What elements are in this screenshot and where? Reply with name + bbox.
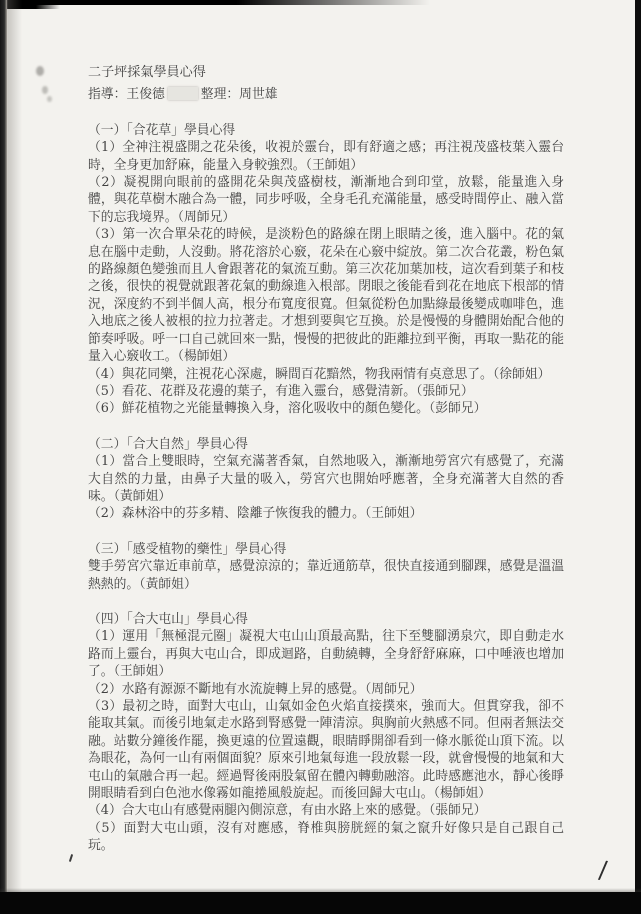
editor-credit: 整理：周世雄	[201, 87, 278, 102]
handwritten-page-number: /	[597, 856, 608, 885]
scan-edge-left-shade	[8, 0, 22, 914]
scan-edge-top	[0, 0, 430, 5]
section-flowers: （一）「合花草」學員心得 （1）全神注視盛開之花朵後，收視於靈台，即有舒適之感；…	[88, 122, 564, 418]
testimonial-paragraph: （4）與花同樂，注視花心深處，瞬間百花黯然，物我兩情有奌意思了。（徐師姐）	[88, 366, 564, 383]
scanned-page: 二子坪採氣學員心得 指導：王俊德整理：周世雄 （一）「合花草」學員心得 （1）全…	[0, 0, 641, 914]
testimonial-paragraph: （1）當合上雙眼時，空氣充滿著香氣，自然地吸入，漸漸地勞宮穴有感覺了，充滿大自然…	[88, 453, 564, 505]
instructor-credit: 指導：王俊德	[88, 87, 165, 102]
scan-smudge	[42, 86, 48, 94]
section-herb-properties: （三）「感受植物的藥性」學員心得 雙手勞宮穴靠近車前草，感覺涼涼的；靠近通筋草，…	[88, 541, 564, 593]
section-heading: （一）「合花草」學員心得	[88, 122, 564, 139]
testimonial-paragraph: 雙手勞宮穴靠近車前草，感覺涼涼的；靠近通筋草，很快直接通到腳踝，感覺是溫溫熱熱的…	[88, 558, 564, 593]
testimonial-paragraph: （2）水路有源源不斷地有水流旋轉上昇的感覺。（周師兄）	[88, 681, 564, 698]
scan-edge-left	[0, 0, 8, 914]
scan-edge-right	[635, 0, 641, 914]
section-datun-mountain: （四）「合大屯山」學員心得 （1）運用「無極混元圈」凝視大屯山山頂最高點，往下至…	[88, 611, 564, 855]
section-heading: （二）「合大自然」學員心得	[88, 436, 564, 453]
testimonial-paragraph: （5）面對大屯山頭，沒有对應感，脊椎與膀胱經的氣之竄升好像只是自己跟自己玩。	[88, 820, 564, 855]
testimonial-paragraph: （1）運用「無極混元圈」凝視大屯山山頂最高點，往下至雙腳湧泉穴，即自動走水路而上…	[88, 628, 564, 680]
testimonial-paragraph: （5）看花、花群及花邊的葉子，有進入靈台，感覺清新。（張師兄）	[88, 383, 564, 400]
stray-pen-mark	[69, 854, 73, 862]
scan-smudge	[168, 87, 198, 100]
document-title: 二子坪採氣學員心得	[88, 64, 564, 81]
section-nature: （二）「合大自然」學員心得 （1）當合上雙眼時，空氣充滿著香氣，自然地吸入，漸漸…	[88, 436, 564, 523]
section-heading: （三）「感受植物的藥性」學員心得	[88, 541, 564, 558]
scan-smudge	[36, 66, 44, 76]
document-body: 二子坪採氣學員心得 指導：王俊德整理：周世雄 （一）「合花草」學員心得 （1）全…	[88, 64, 564, 855]
scan-edge-bottom	[0, 892, 641, 914]
testimonial-paragraph: （4）合大屯山有感覺兩腿內側涼意，有由水路上來的感覺。（張師兄）	[88, 802, 564, 819]
scan-smudge	[47, 96, 52, 102]
testimonial-paragraph: （2）凝視開向眼前的盛開花朵與茂盛樹枝，漸漸地合到印堂，放鬆，能量進入身體，與花…	[88, 174, 564, 226]
testimonial-paragraph: （6）鮮花植物之光能量轉換入身，溶化吸收中的顏色變化。（彭師兄）	[88, 400, 564, 417]
testimonial-paragraph: （3）最初之時，面對大屯山，山氣如金色火焰直接撲來，強而大。但貫穿我，卻不能取其…	[88, 698, 564, 802]
testimonial-paragraph: （1）全神注視盛開之花朵後，收視於靈台，即有舒適之感；再注視茂盛枝葉入靈台時，全…	[88, 139, 564, 174]
credits-line: 指導：王俊德整理：周世雄	[88, 86, 564, 103]
section-heading: （四）「合大屯山」學員心得	[88, 611, 564, 628]
testimonial-paragraph: （2）森林浴中的芬多精、陰離子恢復我的體力。（王師姐）	[88, 505, 564, 522]
testimonial-paragraph: （3）第一次合單朵花的時候，是淡粉色的路線在閉上眼睛之後，進入腦中。花的氣息在腦…	[88, 226, 564, 365]
